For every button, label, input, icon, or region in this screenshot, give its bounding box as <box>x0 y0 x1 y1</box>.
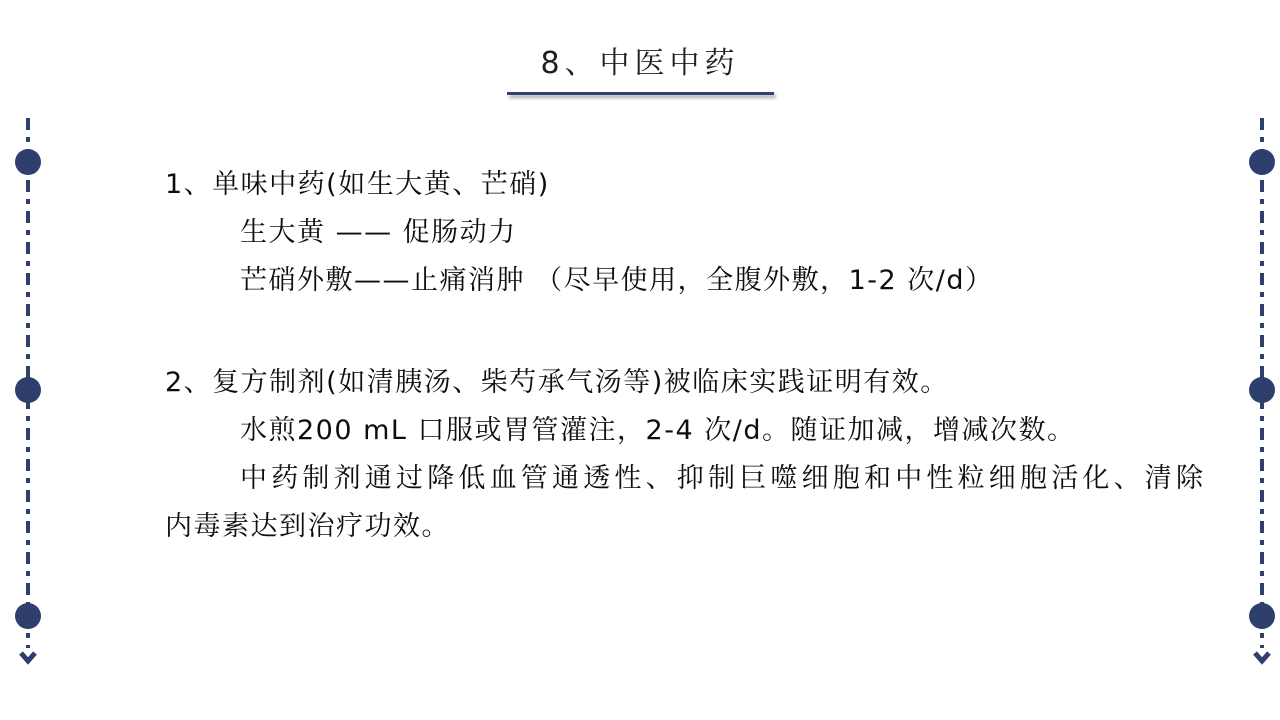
dot-marker <box>15 603 41 629</box>
dot-marker <box>15 149 41 175</box>
paragraph-spacer <box>165 305 1185 359</box>
right-divider-decoration <box>1234 118 1280 678</box>
body-line: 内毒素达到治疗功效。 <box>165 503 1185 551</box>
body-text: 1、单味中药(如生大黄、芒硝) 生大黄 —— 促肠动力 芒硝外敷——止痛消肿 （… <box>165 161 1185 551</box>
body-line: 芒硝外敷——止痛消肿 （尽早使用，全腹外敷，1-2 次/d） <box>165 257 1185 305</box>
dot-marker <box>1249 603 1275 629</box>
arrow-down-icon <box>18 650 38 666</box>
body-line: 水煎200 mL 口服或胃管灌注，2-4 次/d。随证加减，增减次数。 <box>165 407 1185 455</box>
arrow-down-icon <box>1252 650 1272 666</box>
slide-title: 8、中医中药 <box>0 46 1280 82</box>
body-line: 生大黄 —— 促肠动力 <box>165 209 1185 257</box>
body-line: 2、复方制剂(如清胰汤、柴芍承气汤等)被临床实践证明有效。 <box>165 359 1185 407</box>
left-divider-decoration <box>0 118 56 678</box>
dot-marker <box>1249 377 1275 403</box>
body-line: 中药制剂通过降低血管通透性、抑制巨噬细胞和中性粒细胞活化、清除 <box>165 455 1185 503</box>
dot-marker <box>1249 149 1275 175</box>
slide: 8、中医中药 1、单味中药(如生大黄、芒硝) 生大黄 —— 促肠动力 芒硝外敷—… <box>0 0 1280 720</box>
title-section: 8、中医中药 <box>0 46 1280 95</box>
title-underline <box>507 92 774 95</box>
body-line: 1、单味中药(如生大黄、芒硝) <box>165 161 1185 209</box>
dot-marker <box>15 377 41 403</box>
